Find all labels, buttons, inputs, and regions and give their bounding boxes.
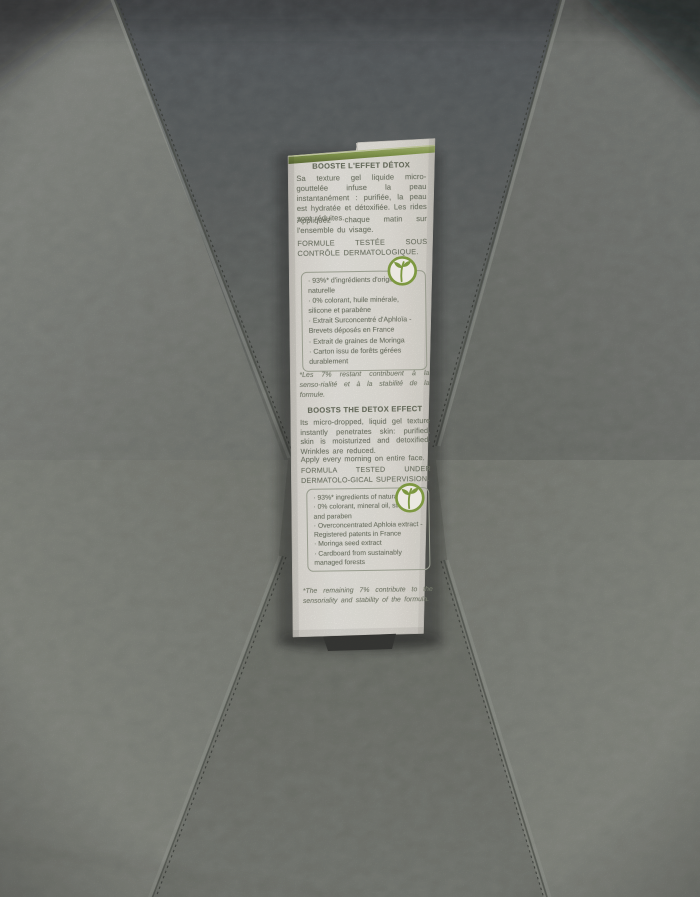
en-bullet-5: · Cardboard from sustainably managed for… [314, 548, 424, 568]
en-bullet-3: · Overconcentrated Aphloia extract - Reg… [314, 520, 424, 540]
fr-bullet-2: · 0% colorant, huile minérale, silicone … [308, 295, 420, 317]
en-footnote: *The remaining 7% contribute to the sens… [303, 585, 433, 606]
en-description: Its micro-dropped, liquid gel texture in… [300, 416, 431, 457]
en-heading: BOOSTS THE DETOX EFFECT [298, 404, 432, 415]
brand-leaf-logo-icon [386, 254, 420, 288]
fr-usage: Appliquez chaque matin sur l'ensemble du… [297, 214, 427, 235]
photo-scene: BOOSTE L'EFFET DÉTOX Sa texture gel liqu… [0, 0, 700, 897]
fr-footnote: *Les 7% restant contribuent à la senso-r… [299, 369, 429, 400]
fr-bullet-5: · Carton issu de forêts gérées durableme… [309, 346, 421, 368]
fr-bullet-4: · Extrait de graines de Moringa [309, 336, 421, 348]
fr-bullet-3: · Extrait Surconcentré d'Aphloïa - Breve… [308, 315, 420, 337]
en-usage: Apply every morning on entire face. [301, 453, 431, 465]
product-box-front-panel-text: BOOSTE L'EFFET DÉTOX Sa texture gel liqu… [294, 157, 435, 637]
brand-leaf-logo-icon [393, 481, 427, 515]
fr-heading: BOOSTE L'EFFET DÉTOX [294, 160, 428, 171]
